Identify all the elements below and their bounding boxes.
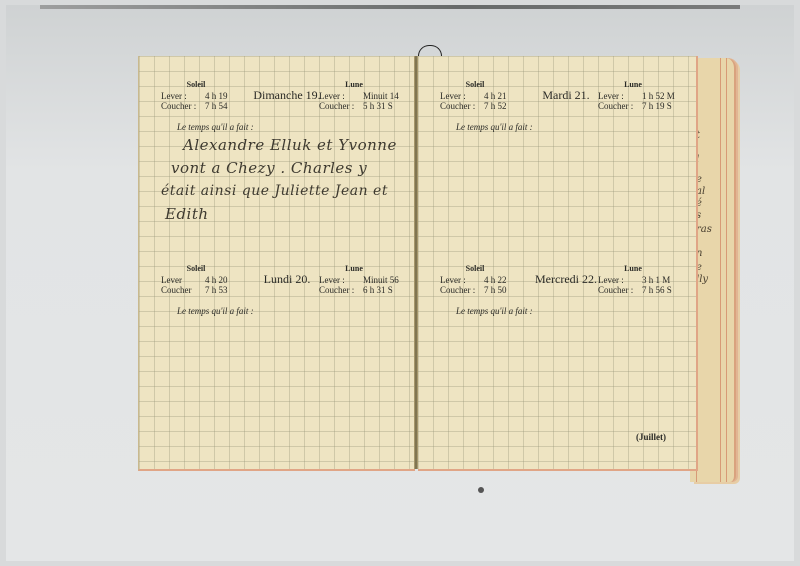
moonset-value: 5 h 31 S [363,101,393,111]
sunset-label: Coucher : [440,285,484,295]
page-edge-line [726,58,727,482]
moonset-label: Coucher : [598,285,642,295]
diary-spread: Soleil Lever :4 h 19 Coucher :7 h 54 Dim… [138,56,698,471]
diary-entry-mercredi-22: Soleil Lever :4 h 22 Coucher :7 h 50 Mer… [418,264,696,344]
moon-times: Lune Lever :1 h 52 M Coucher :7 h 19 S [598,80,688,111]
sun-title: Soleil [440,80,510,90]
moon-times: Lune Lever :Minuit 56 Coucher :6 h 31 S [319,264,409,295]
sunrise-value: 4 h 20 [205,275,228,285]
handwriting-line: Edith [161,203,421,226]
scan-speck [478,487,484,493]
diary-entry-dimanche-19: Soleil Lever :4 h 19 Coucher :7 h 54 Dim… [139,80,415,160]
sun-times: Soleil Lever :4 h 22 Coucher :7 h 50 [440,264,530,295]
handwritten-note: Alexandre Elluk et Yvonne vont a Chezy .… [161,134,421,226]
sunrise-label: Lever : [161,91,205,101]
sunset-value: 7 h 52 [484,101,507,111]
sunrise-label: Lever [161,275,205,285]
sun-times: Soleil Lever :4 h 19 Coucher :7 h 54 [161,80,251,111]
handwriting-line: était ainsi que Juliette Jean et [161,180,421,203]
sun-times: Soleil Lever4 h 20 Coucher7 h 53 [161,264,251,295]
sunrise-value: 4 h 21 [484,91,507,101]
scan-top-shadow [40,5,740,9]
moon-title: Lune [319,80,389,90]
weather-label: Le temps qu'il a fait : [456,306,533,316]
weather-label: Le temps qu'il a fait : [456,122,533,132]
moonrise-value: Minuit 14 [363,91,399,101]
sunrise-label: Lever : [440,275,484,285]
moon-title: Lune [598,264,668,274]
sun-title: Soleil [161,264,231,274]
moonrise-label: Lever : [319,91,363,101]
month-footer: (Juillet) [636,432,666,442]
sunset-label: Coucher : [161,101,205,111]
day-title: Dimanche 19. [251,88,323,103]
stack-scribble: ras [696,224,712,235]
moonrise-value: 1 h 52 M [642,91,675,101]
day-title: Mardi 21. [530,88,602,103]
moonset-label: Coucher : [319,285,363,295]
page-edge-line [720,58,721,482]
sun-title: Soleil [161,80,231,90]
moonset-label: Coucher : [319,101,363,111]
moonrise-label: Lever : [598,275,642,285]
moonrise-label: Lever : [598,91,642,101]
weather-label: Le temps qu'il a fait : [177,306,254,316]
moonset-label: Coucher : [598,101,642,111]
moon-title: Lune [319,264,389,274]
handwriting-line: vont a Chezy . Charles y [161,157,421,180]
moonrise-value: Minuit 56 [363,275,399,285]
weather-label: Le temps qu'il a fait : [177,122,254,132]
sunset-value: 7 h 53 [205,285,228,295]
sunset-label: Coucher [161,285,205,295]
sunset-label: Coucher : [440,101,484,111]
handwriting-line: Alexandre Elluk et Yvonne [161,134,421,157]
moonset-value: 6 h 31 S [363,285,393,295]
right-page: Soleil Lever :4 h 21 Coucher :7 h 52 Mar… [418,56,698,471]
sunrise-value: 4 h 22 [484,275,507,285]
sun-times: Soleil Lever :4 h 21 Coucher :7 h 52 [440,80,530,111]
moonrise-label: Lever : [319,275,363,285]
moon-times: Lune Lever :3 h 1 M Coucher :7 h 56 S [598,264,688,295]
sunrise-value: 4 h 19 [205,91,228,101]
left-page: Soleil Lever :4 h 19 Coucher :7 h 54 Dim… [138,56,415,471]
day-title: Mercredi 22. [524,272,608,287]
moonset-value: 7 h 56 S [642,285,672,295]
moon-times: Lune Lever :Minuit 14 Coucher :5 h 31 S [319,80,409,111]
sunset-value: 7 h 50 [484,285,507,295]
moon-title: Lune [598,80,668,90]
diary-entry-mardi-21: Soleil Lever :4 h 21 Coucher :7 h 52 Mar… [418,80,696,160]
moonset-value: 7 h 19 S [642,101,672,111]
sunrise-label: Lever : [440,91,484,101]
moonrise-value: 3 h 1 M [642,275,670,285]
sunset-value: 7 h 54 [205,101,228,111]
day-title: Lundi 20. [251,272,323,287]
sun-title: Soleil [440,264,510,274]
diary-entry-lundi-20: Soleil Lever4 h 20 Coucher7 h 53 Lundi 2… [139,264,415,344]
